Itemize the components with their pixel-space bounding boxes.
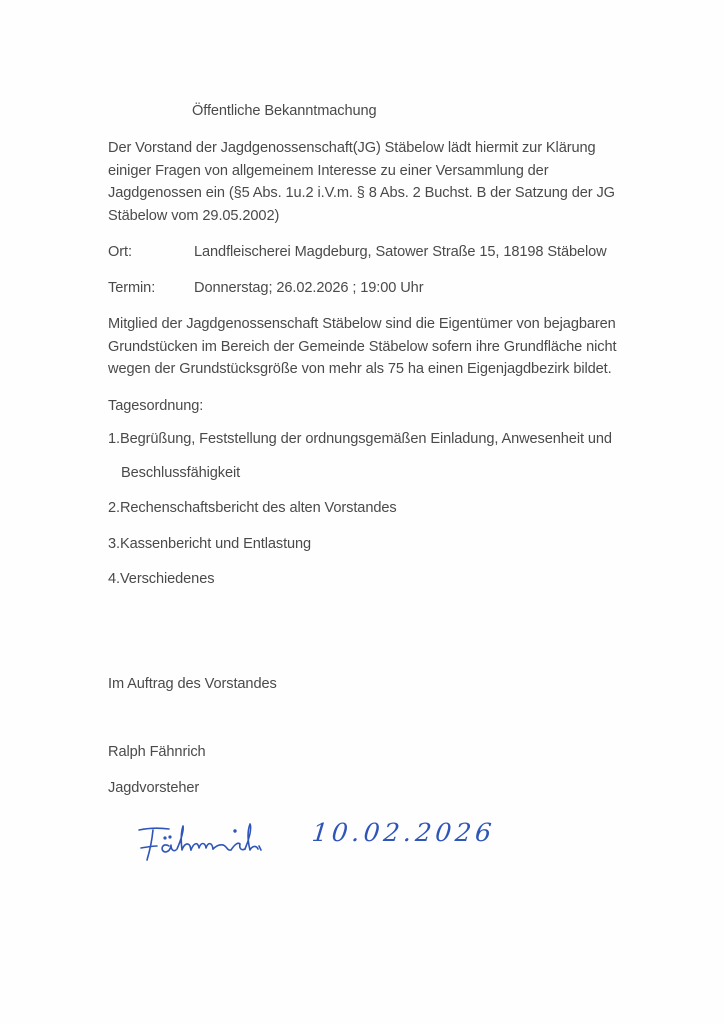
agenda-item: 4.Verschiedenes	[108, 568, 214, 591]
agenda-item: 2.Rechenschaftsbericht des alten Vorstan…	[108, 497, 397, 520]
on-behalf-text: Im Auftrag des Vorstandes	[108, 673, 277, 696]
intro-line: Der Vorstand der Jagdgenossenschaft(JG) …	[108, 137, 615, 160]
membership-line: wegen der Grundstücksgröße von mehr als …	[108, 358, 616, 381]
document-title: Öffentliche Bekanntmachung	[192, 100, 377, 123]
signatory-role: Jagdvorsteher	[108, 777, 199, 800]
membership-paragraph: Mitglied der Jagdgenossenschaft Stäbelow…	[108, 313, 616, 381]
signatory-name: Ralph Fähnrich	[108, 741, 206, 764]
intro-line: Jagdgenossen ein (§5 Abs. 1u.2 i.V.m. § …	[108, 182, 615, 205]
membership-line: Mitglied der Jagdgenossenschaft Stäbelow…	[108, 313, 616, 336]
location-label: Ort:	[108, 241, 132, 264]
handwritten-date: 10.02.2026	[310, 818, 496, 847]
intro-paragraph: Der Vorstand der Jagdgenossenschaft(JG) …	[108, 137, 615, 227]
appointment-label: Termin:	[108, 277, 155, 300]
appointment-value: Donnerstag; 26.02.2026 ; 19:00 Uhr	[194, 277, 423, 300]
agenda-item: 1.Begrüßung, Feststellung der ordnungsge…	[108, 428, 612, 451]
handwritten-signature	[135, 818, 275, 868]
agenda-title: Tagesordnung:	[108, 395, 203, 418]
membership-line: Grundstücken im Bereich der Gemeinde Stä…	[108, 336, 616, 359]
document-page: Öffentliche Bekanntmachung Der Vorstand …	[0, 0, 724, 1024]
location-value: Landfleischerei Magdeburg, Satower Straß…	[194, 241, 607, 264]
intro-line: Stäbelow vom 29.05.2002)	[108, 205, 615, 228]
intro-line: einiger Fragen von allgemeinem Interesse…	[108, 160, 615, 183]
agenda-item-continuation: Beschlussfähigkeit	[121, 462, 240, 485]
agenda-item: 3.Kassenbericht und Entlastung	[108, 533, 311, 556]
